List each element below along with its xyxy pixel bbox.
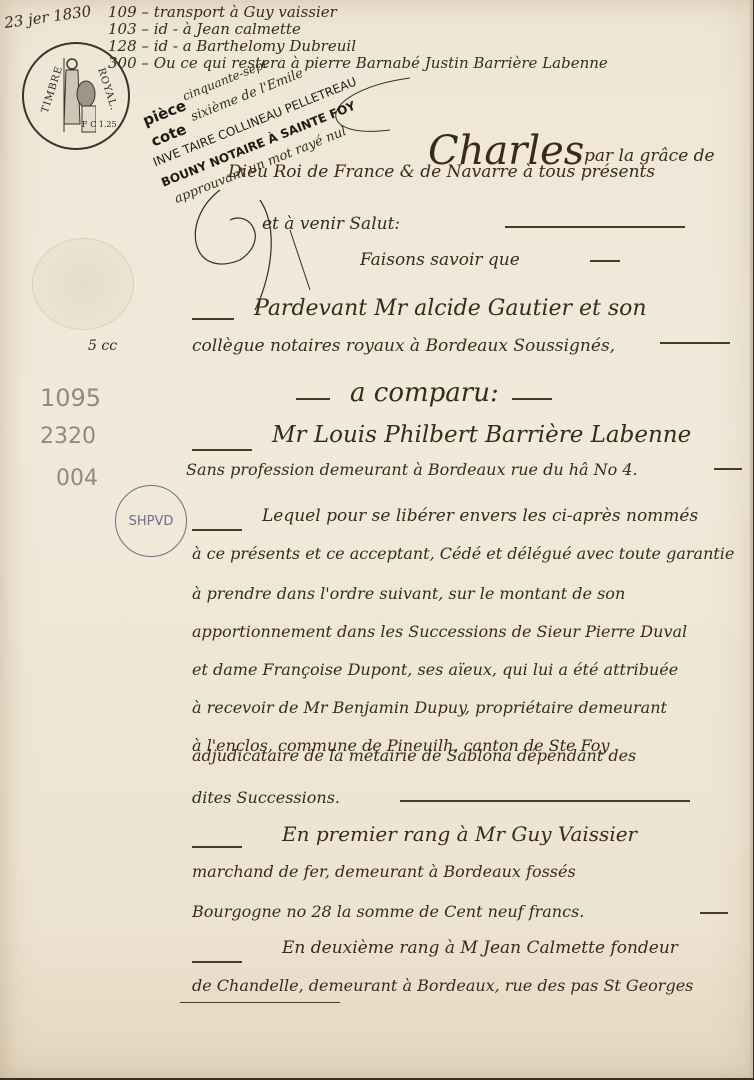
pencil-number-1: 1095 (40, 384, 101, 412)
body-line: Mr Louis Philbert Barrière Labenne (272, 422, 691, 448)
embossed-seal (32, 238, 134, 330)
line-rule (192, 846, 242, 848)
body-line: et à venir Salut: (262, 214, 400, 234)
corner-date-note: 23 jer 1830 (3, 2, 92, 32)
cc-mark: 5 cc (88, 338, 117, 354)
document-page: 23 jer 1830 109 – transport à Guy vaissi… (0, 0, 753, 1078)
body-line: dites Successions. (192, 788, 340, 807)
body-line: Pardevant Mr alcide Gautier et son (254, 296, 647, 321)
body-line: Sans profession demeurant à Bordeaux rue… (186, 460, 638, 479)
line-rule (590, 260, 620, 262)
body-line: à ce présents et ce acceptant, Cédé et d… (192, 544, 734, 563)
body-line: En deuxième rang à M Jean Calmette fonde… (282, 938, 678, 958)
line-rule (700, 912, 728, 914)
body-line: Bourgogne no 28 la somme de Cent neuf fr… (192, 902, 584, 921)
body-line: apportionnement dans les Successions de … (192, 622, 687, 641)
line-rule (660, 342, 730, 344)
line-rule (296, 398, 330, 400)
body-line: Faisons savoir que (360, 250, 520, 270)
shpvd-library-stamp: SHPVD (115, 485, 187, 557)
line-rule (192, 449, 252, 451)
line-rule (512, 398, 552, 400)
body-line: collègue notaires royaux à Bordeaux Sous… (192, 336, 615, 356)
body-line-a-comparu: a comparu: (350, 378, 499, 408)
line-rule (192, 961, 242, 963)
line-rule (714, 468, 742, 470)
pencil-number-2: 2320 (40, 424, 96, 449)
line-rule (192, 318, 234, 320)
pencil-number-3: 004 (56, 466, 98, 491)
line-rule (180, 1002, 340, 1003)
body-line: Lequel pour se libérer envers les ci-apr… (262, 506, 698, 526)
notary-paraph-flourish-icon (160, 60, 460, 320)
body-line: de Chandelle, demeurant à Bordeaux, rue … (192, 976, 693, 995)
line-rule (400, 800, 690, 802)
line-rule (505, 226, 685, 228)
body-line: Dieu Roi de France & de Navarre à tous p… (228, 162, 655, 182)
body-line: marchand de fer, demeurant à Bordeaux fo… (192, 862, 576, 881)
body-line: à recevoir de Mr Benjamin Dupuy, proprié… (192, 698, 667, 717)
line-rule (192, 529, 242, 531)
body-line: En premier rang à Mr Guy Vaissier (282, 822, 637, 846)
body-line: adjudicataire de la métairie de Sablona … (192, 746, 636, 765)
body-line: et dame Françoise Dupont, ses aïeux, qui… (192, 660, 678, 679)
body-line: à prendre dans l'ordre suivant, sur le m… (192, 584, 625, 603)
